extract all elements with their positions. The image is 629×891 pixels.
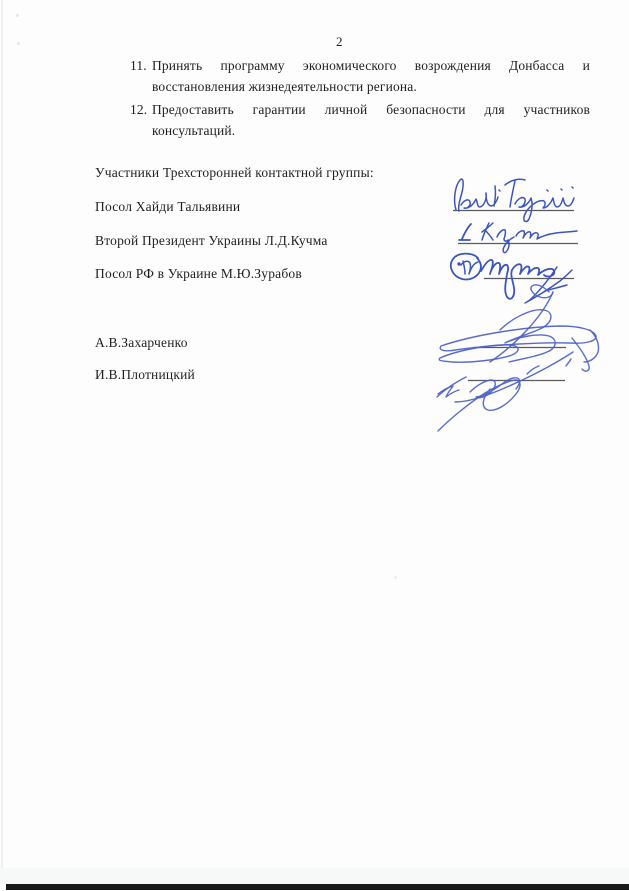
document-page: 2 11. Принять программу экономического в…: [0, 0, 629, 891]
list-item-text: Предоставить гарантии личной безопасност…: [152, 102, 590, 138]
signature-lines: [453, 211, 578, 381]
scan-speck: [16, 14, 19, 17]
signer-label-kuchma: Второй Президент Украины Л.Д.Кучма: [95, 233, 328, 249]
list-item-text: Принять программу экономического возрожд…: [152, 58, 590, 94]
signer-label-tagliavini: Посол Хайди Тальявини: [95, 199, 240, 215]
list-item-number: 12.: [130, 100, 147, 121]
participants-heading: Участники Трехсторонней контактной групп…: [95, 165, 374, 181]
list-item: 12. Предоставить гарантии личной безопас…: [130, 100, 590, 141]
signer-label-zurabov: Посол РФ в Украине М.Ю.Зурабов: [95, 266, 302, 282]
signature-zurabov-ink: [451, 254, 572, 303]
scan-bottom-edge-bar: [6, 884, 629, 890]
signer-label-plotnitsky: И.В.Плотницкий: [95, 367, 195, 383]
scan-bottom-strip: [0, 868, 629, 884]
list-item-number: 11.: [130, 56, 147, 77]
signature-tagliavini-ink: [455, 179, 574, 221]
list-item: 11. Принять программу экономического воз…: [130, 56, 590, 97]
numbered-list: 11. Принять программу экономического воз…: [130, 56, 590, 144]
signature-kuchma-ink: [459, 223, 577, 253]
scan-speck: [394, 576, 397, 579]
page-number: 2: [336, 34, 343, 50]
signature-zakharchenko-ink: [439, 285, 598, 371]
signer-label-zakharchenko: А.В.Захарченко: [95, 335, 188, 351]
scan-speck: [17, 42, 20, 45]
signature-plotnitsky-ink: [437, 352, 573, 431]
scan-left-edge: [1, 0, 3, 868]
